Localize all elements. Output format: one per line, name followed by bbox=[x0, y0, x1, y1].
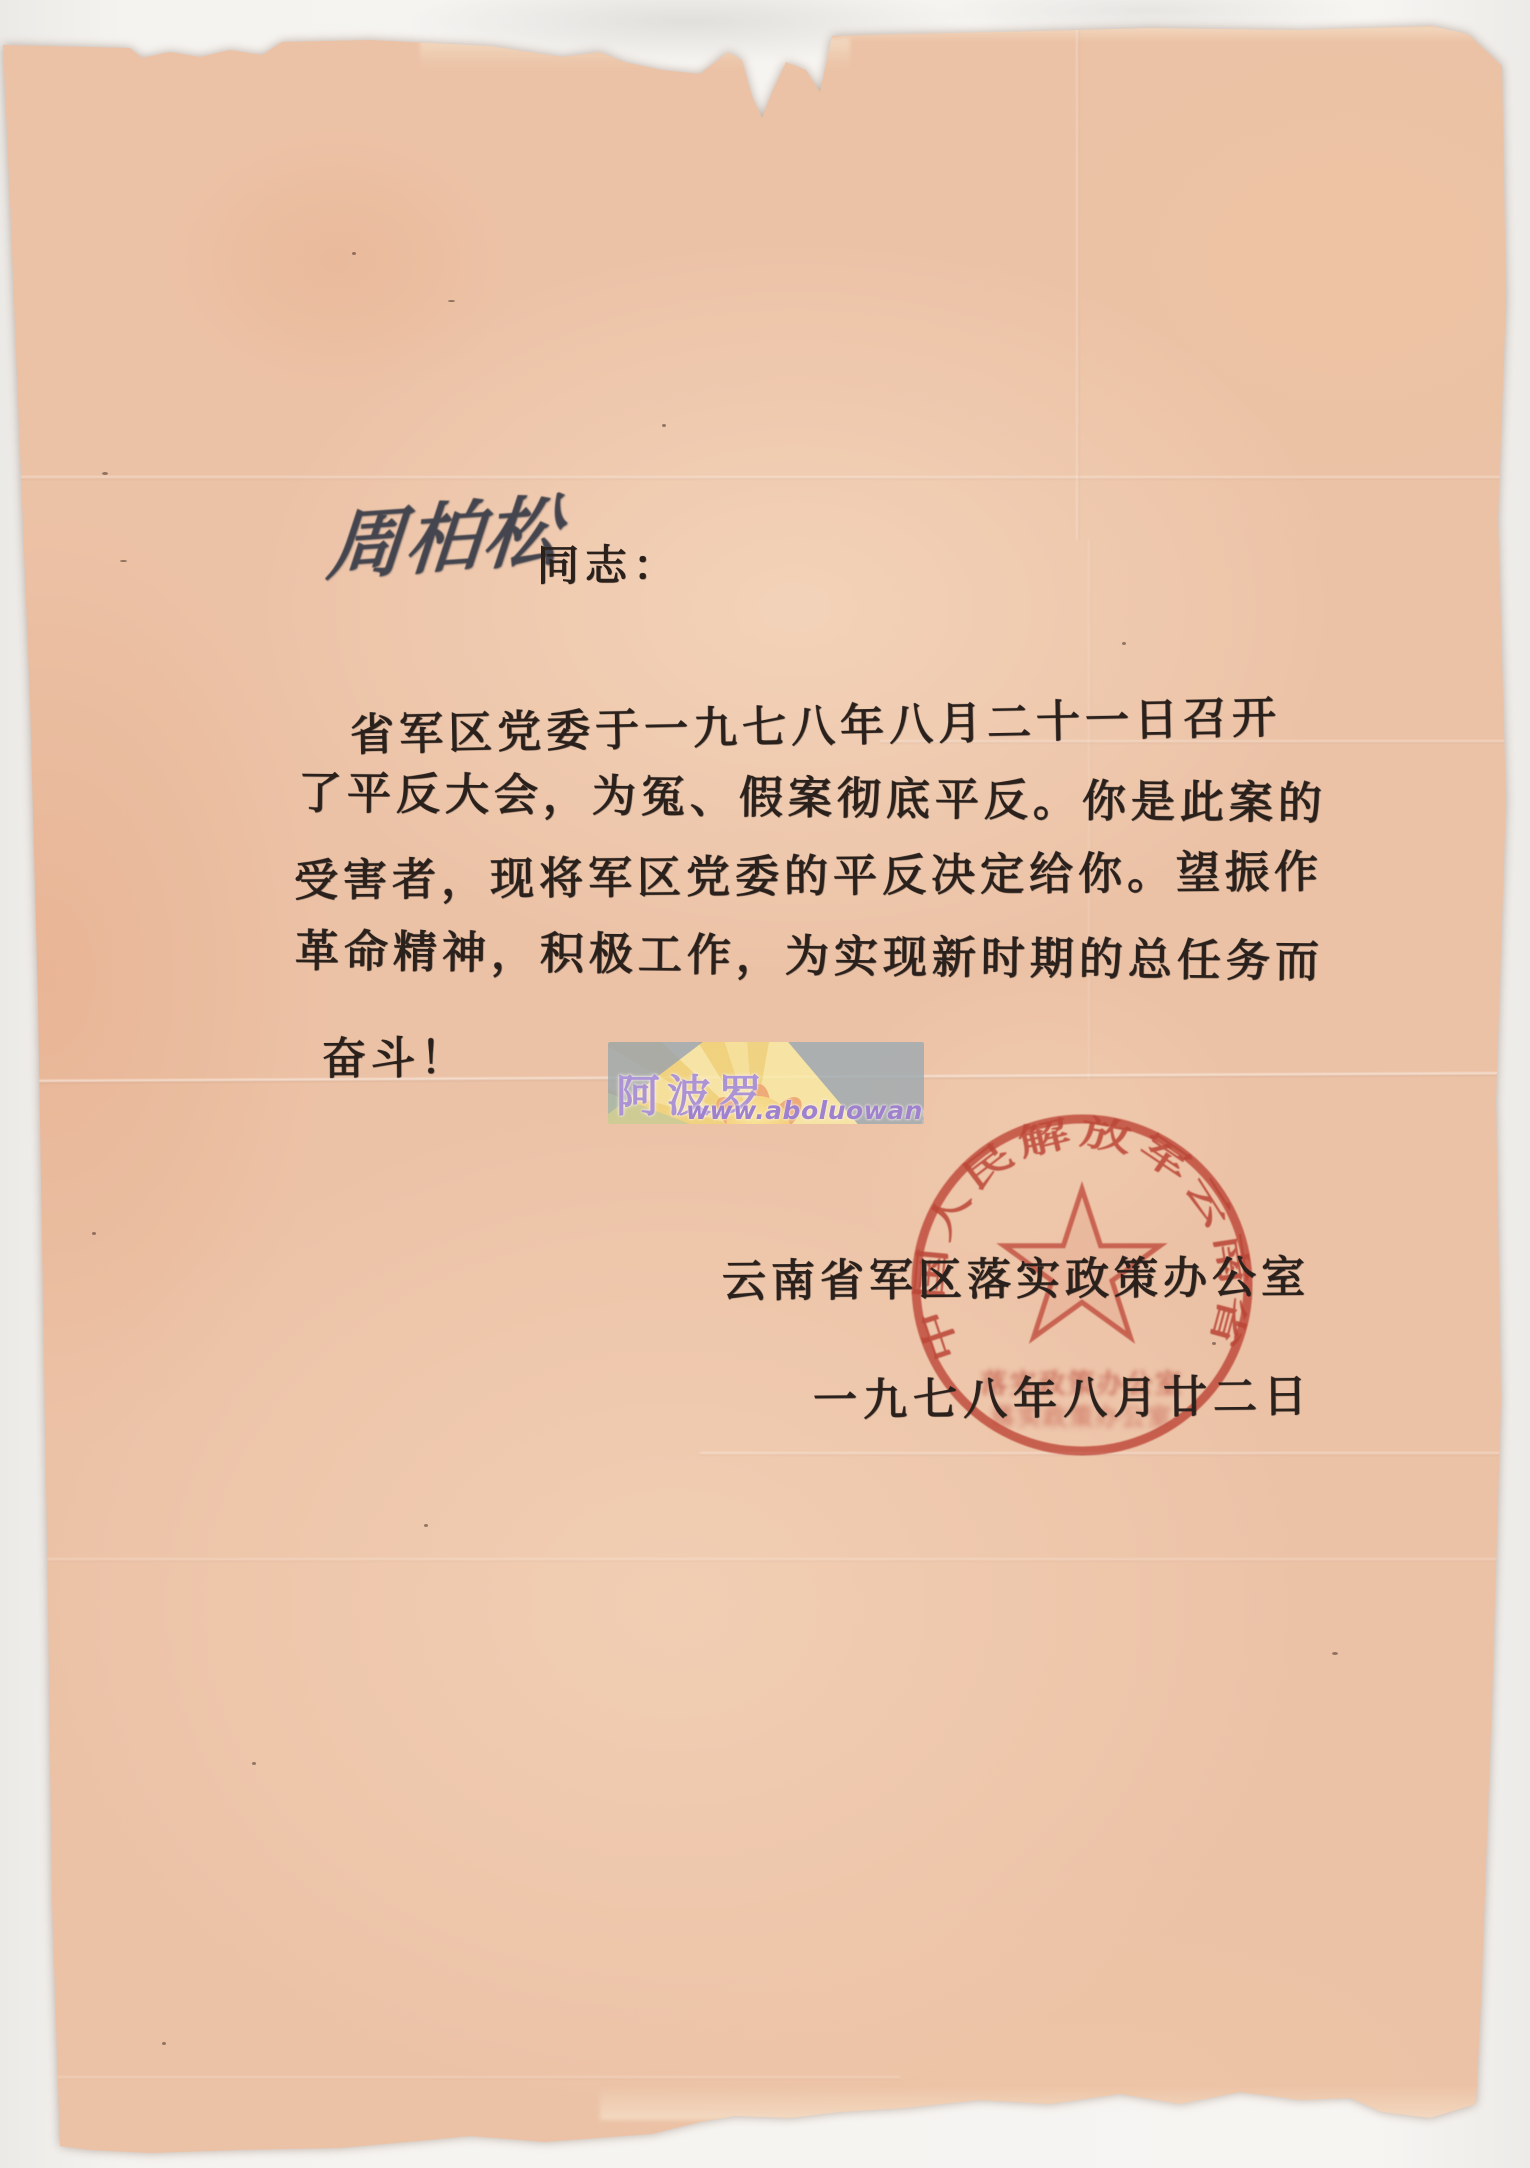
fold-crease bbox=[0, 2076, 900, 2080]
fold-crease bbox=[0, 1558, 1530, 1562]
body-line-2: 了平反大会，为冤、假案彻底平反。你是此案的 bbox=[298, 757, 1328, 832]
paper-speck bbox=[120, 560, 127, 562]
body-line-5: 奋斗！ bbox=[322, 1021, 469, 1086]
paper-speck bbox=[252, 1762, 256, 1765]
watermark-site-url: www.aboluowang.com bbox=[686, 1096, 924, 1124]
date-line: 一九七八年八月廿二日 bbox=[813, 1360, 1314, 1428]
paper-speck bbox=[102, 472, 108, 475]
paper-speck bbox=[162, 2042, 166, 2045]
torn-edge-bottom bbox=[600, 2086, 1500, 2120]
body-line-4: 革命精神，积极工作，为实现新时期的总任务而 bbox=[295, 915, 1325, 990]
paper-speck bbox=[352, 252, 356, 255]
body-line-3: 受害者，现将军区党委的平反决定给你。望振作 bbox=[294, 836, 1324, 909]
site-watermark: 阿波罗 www.aboluowang.com bbox=[608, 1042, 924, 1124]
paper-speck bbox=[1122, 642, 1126, 645]
paper-sheet: 周柏松 同志： 省军区党委于一九七八年八月二十一日召开 了平反大会，为冤、假案彻… bbox=[0, 0, 1530, 2168]
recipient-name-handwritten: 周柏松 bbox=[323, 469, 566, 595]
paper-speck bbox=[92, 1232, 96, 1235]
paper-sheet-wrapper: 周柏松 同志： 省军区党委于一九七八年八月二十一日召开 了平反大会，为冤、假案彻… bbox=[0, 0, 1530, 2168]
paper-speck bbox=[424, 1524, 428, 1527]
torn-edge-top-right bbox=[840, 26, 1500, 42]
signature-office: 云南省军区落实政策办公室 bbox=[722, 1241, 1310, 1309]
torn-edge-top bbox=[420, 38, 850, 72]
body-line-1: 省军区党委于一九七八年八月二十一日召开 bbox=[349, 681, 1281, 763]
paper-speck bbox=[448, 300, 455, 302]
salutation-title: 同志： bbox=[537, 533, 681, 593]
paper-speck bbox=[662, 424, 666, 427]
fold-crease bbox=[1076, 0, 1080, 540]
paper-speck bbox=[1332, 1652, 1338, 1655]
fold-crease bbox=[0, 476, 1530, 480]
